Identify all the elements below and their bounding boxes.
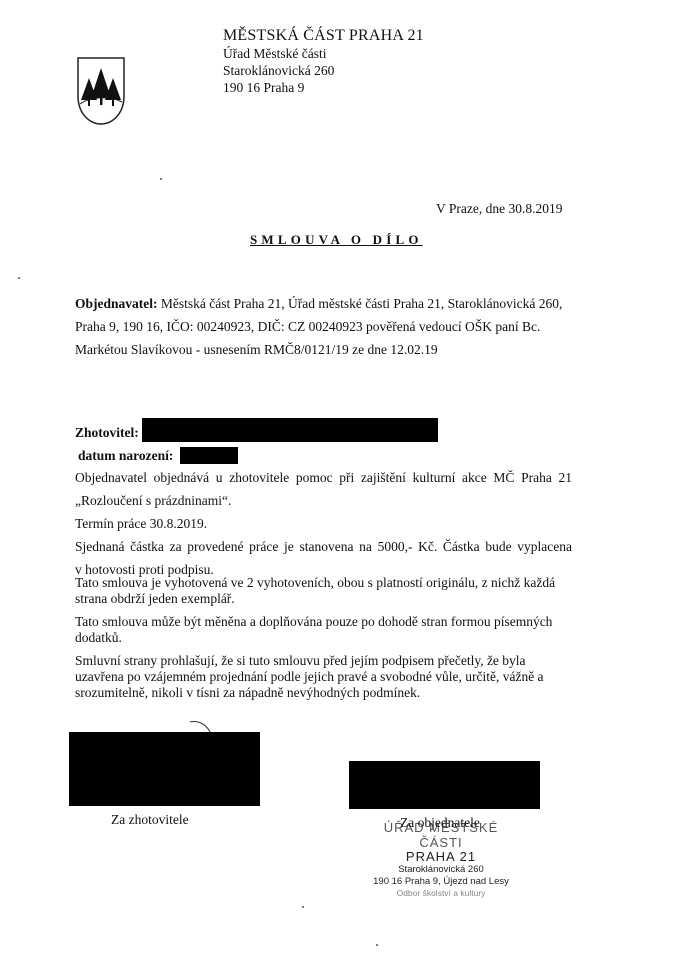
birth-date-label: datum narození:: [78, 448, 173, 464]
order-line-1: Objednavatel objednává u zhotovitele pom…: [75, 466, 572, 489]
scan-speck: [302, 906, 304, 908]
contractor-signature-label: Za zhotovitele: [111, 808, 189, 831]
scan-speck: [18, 277, 20, 279]
client-line-3: Markétou Slavíkovou - usnesením RMČ8/012…: [75, 338, 575, 361]
scan-speck: [376, 944, 378, 946]
scan-speck: [160, 178, 162, 180]
price-line-1: Sjednaná částka za provedené práce je st…: [75, 535, 572, 558]
order-line-2: „Rozloučení s prázdninami“.: [75, 489, 572, 512]
letterhead: MĚSTSKÁ ČÁST PRAHA 21 Úřad Městské části…: [223, 26, 424, 96]
official-stamp: ÚŘAD MĚSTSKÉ ČÁSTI PRAHA 21 Staroklánovi…: [366, 820, 516, 899]
office-name: Úřad Městské části: [223, 45, 424, 62]
declaration-paragraph: Smluvní strany prohlašují, že si tuto sm…: [75, 653, 575, 701]
stamp-line-3: Staroklánovická 260: [366, 864, 516, 876]
client-label: Objednavatel:: [75, 296, 158, 311]
client-signature-redacted: [349, 761, 540, 809]
street-address: Staroklánovická 260: [223, 62, 424, 79]
birth-date-redacted: [180, 447, 238, 464]
stamp-line-5: Odbor školství a kultury: [366, 888, 516, 899]
client-signature-label: Za objednatele: [400, 815, 480, 831]
date-line: V Praze, dne 30.8.2019: [436, 201, 562, 217]
client-line-1: Městská část Praha 21, Úřad městské část…: [158, 296, 563, 311]
document-title: SMLOUVA O DÍLO: [250, 232, 423, 248]
crest-three-trees-icon: [76, 56, 126, 126]
stamp-line-4: 190 16 Praha 9, Újezd nad Lesy: [366, 876, 516, 888]
client-section: Objednavatel: Městská část Praha 21, Úřa…: [75, 292, 575, 361]
order-paragraph: Objednavatel objednává u zhotovitele pom…: [75, 466, 572, 581]
contractor-name-redacted: [142, 418, 438, 442]
city-address: 190 16 Praha 9: [223, 79, 424, 96]
copies-paragraph: Tato smlouva je vyhotovená ve 2 vyhotove…: [75, 575, 575, 607]
client-line-2: Praha 9, 190 16, IČO: 00240923, DIČ: CZ …: [75, 315, 575, 338]
contractor-signature-redacted: [69, 732, 260, 806]
organization-name: MĚSTSKÁ ČÁST PRAHA 21: [223, 26, 424, 45]
stamp-line-2: PRAHA 21: [366, 850, 516, 864]
amendments-paragraph: Tato smlouva může být měněna a doplňován…: [75, 614, 575, 646]
contractor-label: Zhotovitel:: [75, 425, 139, 441]
term-line: Termín práce 30.8.2019.: [75, 512, 572, 535]
